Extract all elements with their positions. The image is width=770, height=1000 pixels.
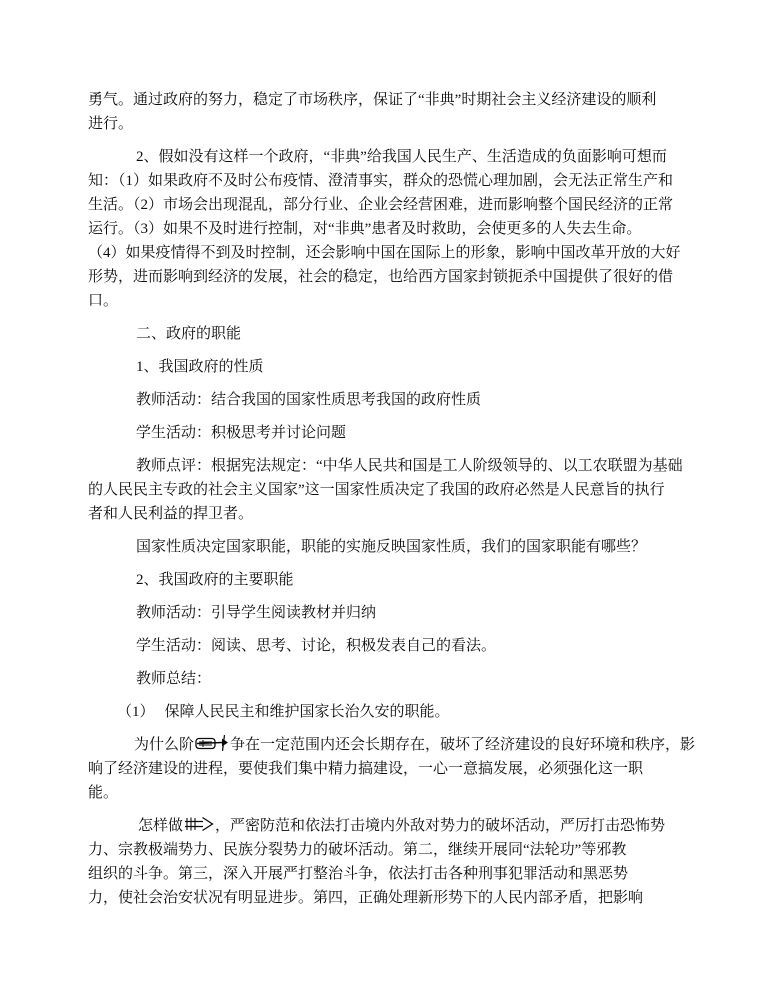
text-line: 怎样做 ，严密防范和依法打击境内外敌对势力的破坏活动，严厉打击恐怖势	[88, 814, 690, 838]
text-run: 力，使社会治安状况有明显进步。第四，正确处理新形势下的人民内部矛盾，把影响	[88, 890, 643, 906]
paragraph: 怎样做 ，严密防范和依法打击境内外敌对势力的破坏活动，严厉打击恐怖势力、宗教极端…	[88, 814, 690, 910]
text-run: 教师活动：结合我国的国家性质思考我国的政府性质	[136, 392, 481, 408]
paragraph: 教师总结：	[88, 667, 690, 691]
text-line: 2、假如没有这样一个政府，“非典”给我国人民生产、生活造成的负面影响可想而	[88, 145, 690, 169]
text-line: （4）如果疫情得不到及时控制，还会影响中国在国际上的形象，影响中国改革开放的大好	[88, 241, 690, 265]
text-line: 响了经济建设的进程，要使我们集中精力搞建设，一心一意搞发展，必须强化这一职	[88, 757, 690, 781]
text-line: 国家性质决定国家职能，职能的实施反映国家性质，我们的国家职能有哪些？	[88, 535, 690, 559]
text-line: 教师活动：结合我国的国家性质思考我国的政府性质	[88, 388, 690, 412]
text-run: 勇气。通过政府的努力，稳定了市场秩序，保证了“非典”时期社会主义经济建设的顺利	[88, 92, 656, 108]
paragraph: 学生活动：积极思考并讨论问题	[88, 421, 690, 445]
text-run: 争在一定范围内还会长期存在，破坏了经济建设的良好环境和秩序，影	[230, 737, 695, 753]
text-line: 学生活动：阅读、思考、讨论，积极发表自己的看法。	[88, 634, 690, 658]
text-line: 者和人民利益的捍卫者。	[88, 502, 690, 526]
text-run: 学生活动：阅读、思考、讨论，积极发表自己的看法。	[136, 638, 496, 654]
text-line: 组织的斗争。第三，深入开展严打整治斗争，依法打击各种刑事犯罪活动和黑恶势	[88, 862, 690, 886]
paragraph: 教师点评：根据宪法规定：“中华人民共和国是工人阶级领导的、以工农联盟为基础的人民…	[88, 454, 690, 526]
text-line: 口。	[88, 289, 690, 313]
text-line: 生活。（2）市场会出现混乱，部分行业、企业会经营困难，进而影响整个国民经济的正常	[88, 193, 690, 217]
paragraph: 2、假如没有这样一个政府，“非典”给我国人民生产、生活造成的负面影响可想而知：（…	[88, 145, 690, 313]
paragraph: 教师活动：引导学生阅读教材并归纳	[88, 601, 690, 625]
text-line: （1）保障人民民主和维护国家长治久安的职能。	[88, 700, 690, 724]
text-run: 教师点评：根据宪法规定：“中华人民共和国是工人阶级领导的、以工农联盟为基础	[136, 458, 683, 474]
text-line: 学生活动：积极思考并讨论问题	[88, 421, 690, 445]
document-page: 勇气。通过政府的努力，稳定了市场秩序，保证了“非典”时期社会主义经济建设的顺利进…	[0, 0, 770, 1000]
text-line: 二、政府的职能	[88, 322, 690, 346]
text-run: 者和人民利益的捍卫者。	[88, 506, 253, 522]
text-line: 力，使社会治安状况有明显进步。第四，正确处理新形势下的人民内部矛盾，把影响	[88, 886, 690, 910]
text-run: 怎样做	[138, 818, 183, 834]
paragraph: 勇气。通过政府的努力，稳定了市场秩序，保证了“非典”时期社会主义经济建设的顺利进…	[88, 88, 690, 136]
hollow-right-arrow-artifact-icon	[184, 814, 214, 834]
text-run: 的人民民主专政的社会主义国家”这一国家性质决定了我国的政府必然是人民意旨的执行	[88, 482, 665, 498]
text-line: 教师活动：引导学生阅读教材并归纳	[88, 601, 690, 625]
paragraph: 国家性质决定国家职能，职能的实施反映国家性质，我们的国家职能有哪些？	[88, 535, 690, 559]
text-line: 力、宗教极端势力、民族分裂势力的破坏活动。第二，继续开展同“法轮功”等邪教	[88, 838, 690, 862]
text-run: 保障人民民主和维护国家长治久安的职能。	[165, 704, 450, 720]
text-run: 二、政府的职能	[136, 326, 241, 342]
text-run: 学生活动：积极思考并讨论问题	[136, 425, 346, 441]
text-line: 进行。	[88, 112, 690, 136]
paragraph: 为什么阶 争在一定范围内还会长期存在，破坏了经济建设的良好环境和秩序，影响了经济…	[88, 733, 690, 805]
text-line: 勇气。通过政府的努力，稳定了市场秩序，保证了“非典”时期社会主义经济建设的顺利	[88, 88, 690, 112]
text-run: 2、我国政府的主要职能	[136, 572, 294, 588]
text-run: 国家性质决定国家职能，职能的实施反映国家性质，我们的国家职能有哪些？	[136, 539, 646, 555]
text-run: 教师总结：	[136, 671, 211, 687]
text-run: 教师活动：引导学生阅读教材并归纳	[136, 605, 376, 621]
text-run: 形势，进而影响到经济的发展，社会的稳定，也给西方国家封锁扼杀中国提供了很好的借	[88, 269, 673, 285]
paragraph: （1）保障人民民主和维护国家长治久安的职能。	[88, 700, 690, 724]
text-line: 能。	[88, 781, 690, 805]
text-line: 运行。（3）如果不及时进行控制，对“非典”患者及时救助，会使更多的人失去生命。	[88, 217, 690, 241]
text-run: （4）如果疫情得不到及时控制，还会影响中国在国际上的形象，影响中国改革开放的大好	[88, 245, 681, 261]
text-line: 知：（1）如果政府不及时公布疫情、澄清事实，群众的恐慌心理加剧，会无法正常生产和	[88, 169, 690, 193]
text-run: ，严密防范和依法打击境内外敌对势力的破坏活动，严厉打击恐怖势	[215, 818, 665, 834]
text-run: 力、宗教极端势力、民族分裂势力的破坏活动。第二，继续开展同“法轮功”等邪教	[88, 842, 626, 858]
text-run: （1）	[117, 704, 155, 720]
text-line: 的人民民主专政的社会主义国家”这一国家性质决定了我国的政府必然是人民意旨的执行	[88, 478, 690, 502]
boxed-right-arrow-artifact-icon	[195, 733, 229, 753]
text-line: 2、我国政府的主要职能	[88, 568, 690, 592]
text-run: 生活。（2）市场会出现混乱，部分行业、企业会经营困难，进而影响整个国民经济的正常	[88, 197, 673, 213]
document-body: 勇气。通过政府的努力，稳定了市场秩序，保证了“非典”时期社会主义经济建设的顺利进…	[88, 88, 690, 910]
text-run: 组织的斗争。第三，深入开展严打整治斗争，依法打击各种刑事犯罪活动和黑恶势	[88, 866, 628, 882]
text-run: 运行。（3）如果不及时进行控制，对“非典”患者及时救助，会使更多的人失去生命。	[88, 221, 641, 237]
text-line: 教师总结：	[88, 667, 690, 691]
text-run: 知：（1）如果政府不及时公布疫情、澄清事实，群众的恐慌心理加剧，会无法正常生产和	[88, 173, 673, 189]
text-run: 进行。	[88, 116, 133, 132]
text-line: 形势，进而影响到经济的发展，社会的稳定，也给西方国家封锁扼杀中国提供了很好的借	[88, 265, 690, 289]
text-run: 口。	[88, 293, 118, 309]
text-run: 能。	[88, 785, 118, 801]
paragraph: 学生活动：阅读、思考、讨论，积极发表自己的看法。	[88, 634, 690, 658]
text-run: 1、我国政府的性质	[136, 359, 264, 375]
tab-space	[155, 715, 165, 716]
text-run: 2、假如没有这样一个政府，“非典”给我国人民生产、生活造成的负面影响可想而	[136, 149, 667, 165]
paragraph: 2、我国政府的主要职能	[88, 568, 690, 592]
paragraph: 二、政府的职能	[88, 322, 690, 346]
paragraph: 教师活动：结合我国的国家性质思考我国的政府性质	[88, 388, 690, 412]
text-line: 教师点评：根据宪法规定：“中华人民共和国是工人阶级领导的、以工农联盟为基础	[88, 454, 690, 478]
paragraph: 1、我国政府的性质	[88, 355, 690, 379]
text-line: 1、我国政府的性质	[88, 355, 690, 379]
text-run: 响了经济建设的进程，要使我们集中精力搞建设，一心一意搞发展，必须强化这一职	[88, 761, 643, 777]
text-line: 为什么阶 争在一定范围内还会长期存在，破坏了经济建设的良好环境和秩序，影	[88, 733, 690, 757]
text-run: 为什么阶	[134, 737, 194, 753]
